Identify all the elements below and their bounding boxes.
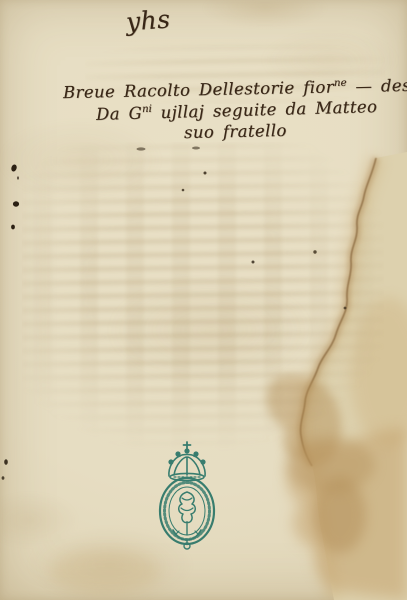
stamp-ornament [173, 492, 201, 540]
manuscript-page: yhs Breue Racolto Dellestorie fiorne — d… [0, 0, 407, 600]
title-line-1-superscript: ne [334, 78, 347, 89]
verso-bleedthrough [22, 142, 384, 452]
stamp-cross-icon [184, 442, 191, 449]
title-line-2-superscript: ni [142, 104, 152, 115]
library-stamp [152, 440, 222, 552]
stamp-crown-icon [169, 449, 205, 480]
title-line-1-end: — descritte [355, 75, 407, 96]
title-line-3: suo fratello [184, 121, 287, 142]
title-line-2-text: Da G [96, 104, 143, 124]
ihs-monogram: yhs [125, 4, 171, 36]
